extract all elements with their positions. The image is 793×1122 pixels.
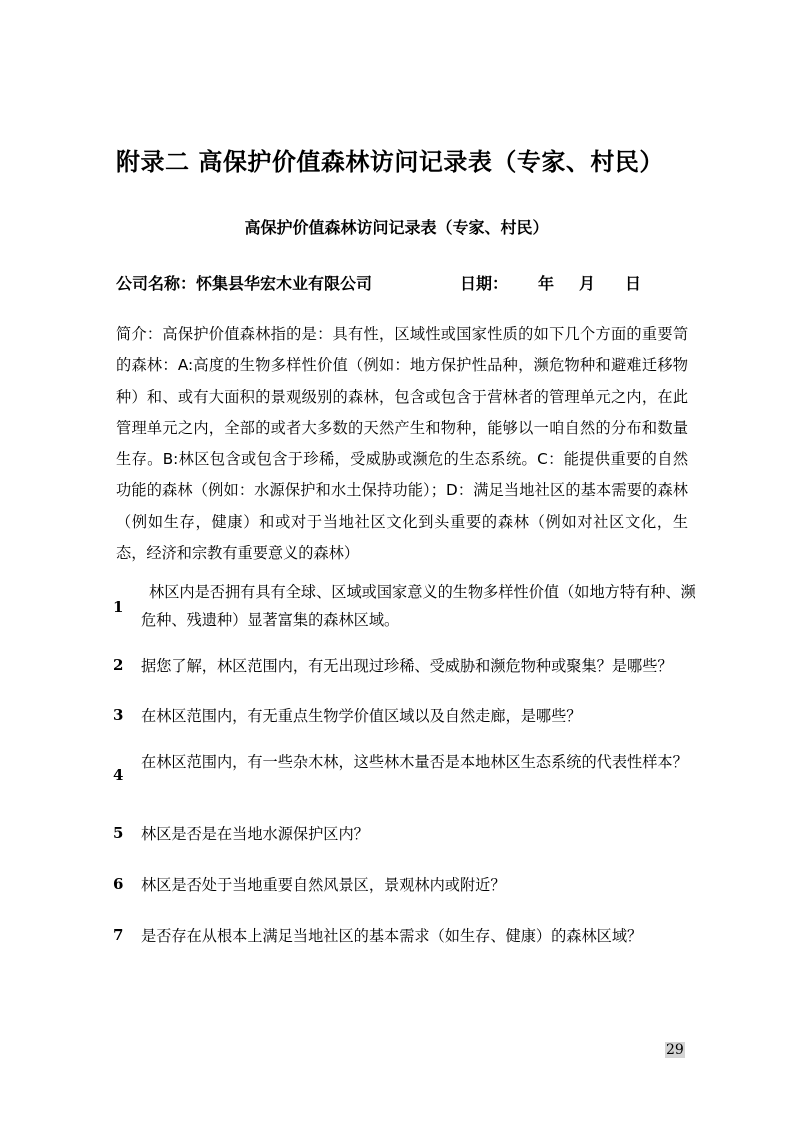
date-month-label: 月 [579, 271, 625, 294]
question-text: 在林区范围内，有一些杂木林，这些林木量否是本地林区生态系统的代表性样本？ [141, 746, 701, 778]
company-name: 怀集县华宏木业有限公司 [196, 274, 372, 293]
question-number: 3 [113, 706, 133, 724]
appendix-title: 附录二 高保护价值森林访问记录表（专家、村民） [116, 142, 664, 177]
question-text: 是否存在从根本上满足当地社区的基本需求（如生存、健康）的森林区域？ [141, 922, 701, 950]
document-page: 附录二 高保护价值森林访问记录表（专家、村民） 高保护价值森林访问记录表（专家、… [0, 0, 793, 1122]
intro-paragraph: 简介：高保护价值森林指的是：具有性，区域性或国家性质的如下几个方面的重要笥的森林… [116, 319, 688, 569]
question-text: 在林区范围内，有无重点生物学价值区域以及自然走廊，是哪些？ [141, 702, 701, 730]
question-number: 1 [113, 598, 133, 616]
question-text: 林区是否是在当地水源保护区内？ [141, 820, 701, 848]
question-text: 据您了解，林区范围内，有无出现过珍稀、受威胁和濒危物种或聚集？是哪些？ [141, 652, 701, 680]
date-field: 日期：年月日 [460, 271, 641, 294]
question-text: 林区内是否拥有具有全球、区域或国家意义的生物多样性价值（如地方特有种、濒危种、残… [141, 578, 701, 634]
form-title: 高保护价值森林访问记录表（专家、村民） [0, 215, 793, 238]
question-number: 6 [113, 875, 133, 893]
question-number: 5 [113, 824, 133, 842]
company-label: 公司名称： [116, 274, 196, 293]
date-year-label: 年 [538, 271, 579, 294]
question-number: 7 [113, 926, 133, 944]
date-label: 日期： [460, 271, 538, 294]
question-number: 4 [113, 766, 133, 784]
question-text: 林区是否处于当地重要自然风景区，景观林内或附近？ [141, 871, 701, 899]
company-line: 公司名称：怀集县华宏木业有限公司 [116, 271, 372, 294]
question-number: 2 [113, 656, 133, 674]
date-day-label: 日 [625, 271, 641, 294]
page-number: 29 [665, 1042, 685, 1058]
